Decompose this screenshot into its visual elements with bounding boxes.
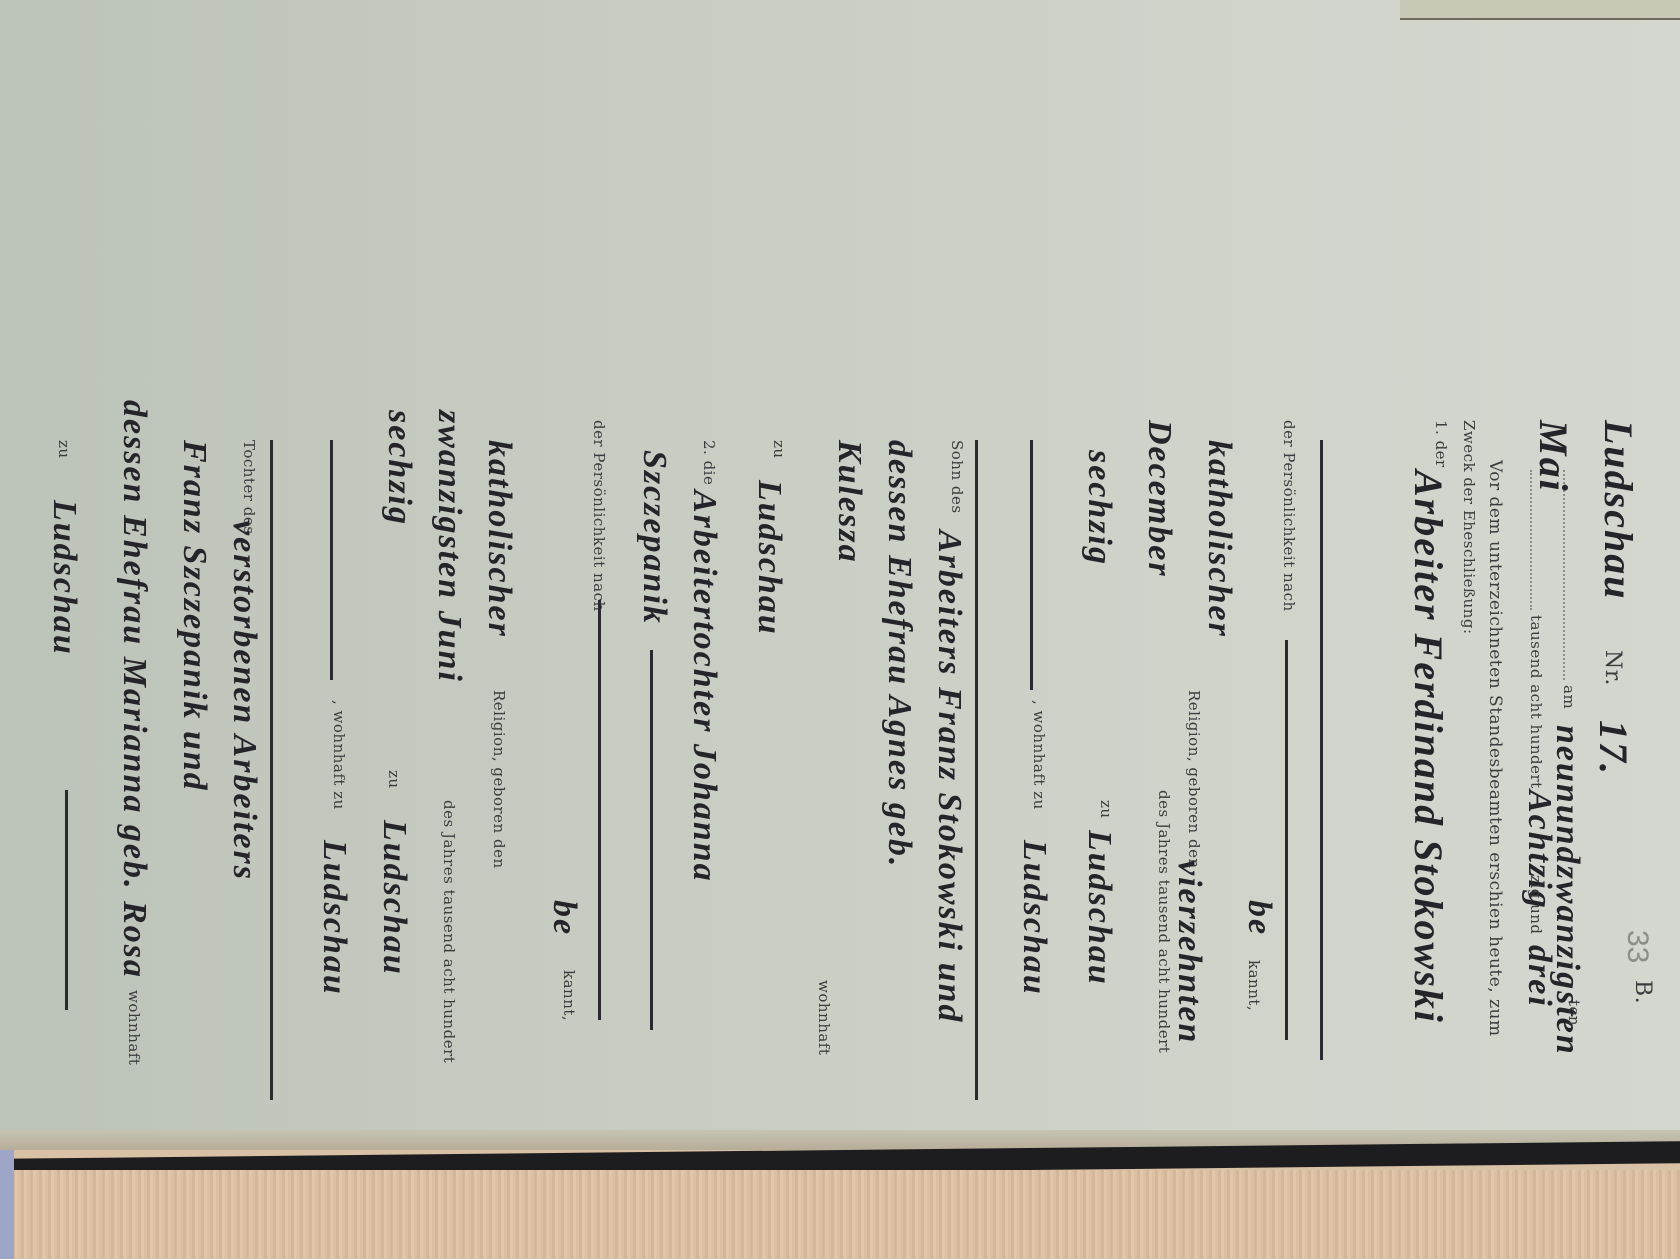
bride-parents-residence-handwritten: Ludschau bbox=[45, 500, 83, 656]
groom-religion-handwritten: katholischer bbox=[1200, 440, 1238, 638]
register-letter: B. bbox=[1630, 980, 1655, 1004]
groom-birth-day-handwritten: vierzehnten bbox=[1170, 860, 1208, 1044]
groom-parents-label: Sohn des bbox=[948, 440, 966, 514]
ink-line bbox=[1285, 640, 1288, 1040]
bride-birth-place-label: zu bbox=[385, 770, 403, 789]
ink-line bbox=[1030, 440, 1033, 690]
groom-personality-label: der Persönlichkeit nach bbox=[1280, 420, 1298, 612]
groom-mother-maiden-handwritten: Kulesza bbox=[830, 440, 868, 564]
groom-parents-wohnhaft: wohnhaft bbox=[815, 980, 833, 1055]
dotted-line bbox=[1563, 470, 1565, 680]
bride-residence-label: , wohnhaft zu bbox=[330, 700, 348, 810]
place-handwritten: Ludschau bbox=[1595, 420, 1642, 601]
printed-am: am bbox=[1560, 685, 1578, 709]
bride-known-suffix: kannt, bbox=[560, 970, 578, 1021]
intro-line-2: Zweck der Eheschließung: bbox=[1460, 420, 1478, 635]
groom-father-handwritten: Arbeiters Franz Stokowski und bbox=[930, 530, 968, 1024]
bride-residence-handwritten: Ludschau bbox=[315, 840, 353, 996]
groom-parents-residence-handwritten: Ludschau bbox=[750, 480, 788, 636]
groom-birth-place-label: zu bbox=[1097, 800, 1115, 819]
groom-birth-year-handwritten: sechzig bbox=[1080, 450, 1118, 566]
groom-parents-residence-label: zu bbox=[770, 440, 788, 459]
bride-surname-handwritten: Szczepanik bbox=[635, 450, 673, 625]
bride-parents-residence-label: zu bbox=[55, 440, 73, 459]
groom-religion-label: Religion, geboren den bbox=[1185, 690, 1203, 869]
bride-known-handwritten: be bbox=[545, 900, 583, 936]
groom-label: 1. der bbox=[1432, 420, 1450, 468]
wooden-table bbox=[0, 1170, 1680, 1259]
groom-known-suffix: kannt, bbox=[1245, 960, 1263, 1011]
groom-known-handwritten: be bbox=[1240, 900, 1278, 936]
bride-birth-day-handwritten: zwanzigsten Juni bbox=[430, 410, 468, 683]
bride-mother-handwritten: dessen Ehefrau Marianna geb. Rosa bbox=[115, 400, 153, 979]
intro-line-1: Vor dem unterzeichneten Standesbeamten e… bbox=[1485, 460, 1505, 1037]
printed-ten: ten bbox=[1565, 1000, 1583, 1026]
entry-label: Nr. bbox=[1600, 650, 1625, 686]
groom-mother-handwritten: dessen Ehefrau Agnes geb. bbox=[880, 440, 918, 868]
bride-label: 2. die bbox=[700, 440, 718, 485]
bride-parents-wohnhaft: wohnhaft bbox=[125, 990, 143, 1065]
ink-line bbox=[598, 600, 601, 1020]
dotted-line bbox=[1530, 470, 1532, 610]
bride-personality-label: der Persönlichkeit nach bbox=[590, 420, 608, 612]
printed-zig-und: zig und bbox=[1527, 875, 1545, 935]
bride-birth-year-handwritten: sechzig bbox=[380, 410, 418, 526]
bride-religion-handwritten: katholischer bbox=[480, 440, 518, 638]
bride-father-handwritten: verstorbenen Arbeiters bbox=[225, 520, 263, 881]
ink-line bbox=[975, 440, 978, 1100]
groom-residence-handwritten: Ludschau bbox=[1015, 840, 1053, 996]
entry-number: 17. bbox=[1590, 720, 1637, 776]
next-page-edge bbox=[1400, 0, 1680, 20]
ink-line bbox=[330, 440, 333, 680]
month-handwritten: Mai bbox=[1530, 420, 1577, 493]
year-unit-handwritten: drei bbox=[1520, 945, 1558, 1008]
bride-name-handwritten: Arbeitertochter Johanna bbox=[685, 490, 723, 883]
ink-line bbox=[270, 440, 273, 1100]
ink-line bbox=[1320, 440, 1323, 1060]
groom-birth-month-handwritten: December bbox=[1140, 420, 1178, 578]
groom-name-handwritten: Arbeiter Ferdinand Stokowski bbox=[1405, 470, 1452, 1024]
bride-year-label: des Jahres tausend acht hundert bbox=[440, 800, 458, 1063]
background-object bbox=[0, 1150, 14, 1259]
bride-religion-label: Religion, geboren den bbox=[490, 690, 508, 869]
groom-residence-label: , wohnhaft zu bbox=[1030, 700, 1048, 810]
ink-line bbox=[65, 790, 68, 1010]
printed-year: tausend acht hundert bbox=[1527, 615, 1545, 789]
page-number-pencil: 33 bbox=[1620, 930, 1654, 963]
bride-father-name-handwritten: Franz Szczepanik und bbox=[175, 440, 213, 792]
bride-birth-place-handwritten: Ludschau bbox=[375, 820, 413, 976]
ink-line bbox=[650, 650, 653, 1030]
groom-birth-place-handwritten: Ludschau bbox=[1080, 830, 1118, 986]
groom-year-label: des Jahres tausend acht hundert bbox=[1155, 790, 1173, 1053]
